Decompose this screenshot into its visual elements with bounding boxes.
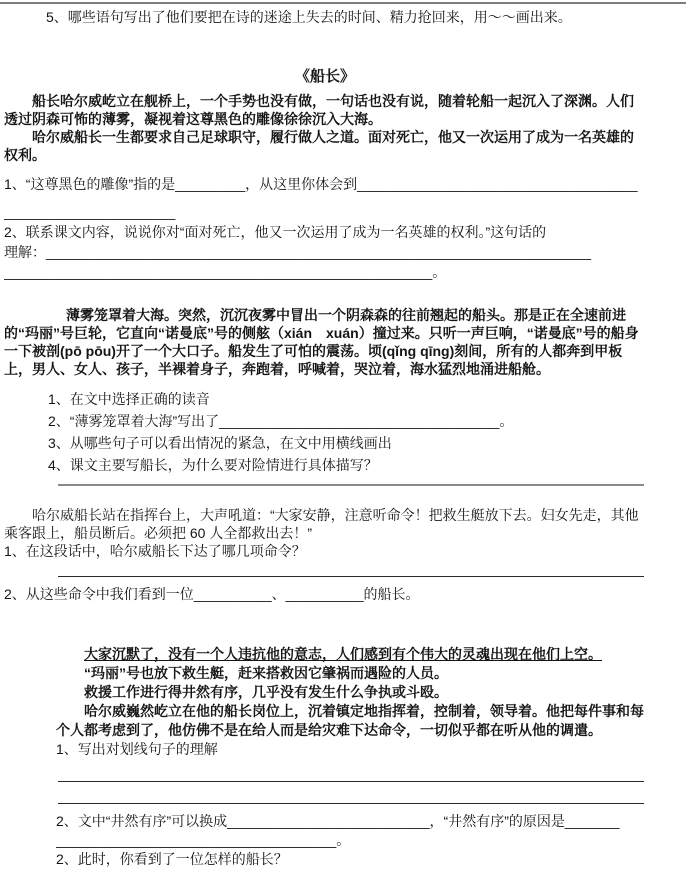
passage2-paragraph: 薄雾笼罩着大海。突然，沉沉夜雾中冒出一个阴森森的往前翘起的船头。那是正在全速前进… — [4, 306, 646, 378]
passage4-paragraph-1-underlined: 大家沉默了，没有一个人违抗他的意志，人们感到有个伟大的灵魂出现在他们上空。 — [56, 645, 646, 664]
passage1-question-2-line-1: 2、联系课文内容，说说你对“面对死亡，他又一次运用了成为一名英雄的权利。”这句话… — [4, 222, 646, 242]
passage-title: 《船长》 — [4, 68, 646, 86]
passage2-question-3: 3、从哪些句子可以看出情况的紧急，在文中用横线画出 — [4, 432, 646, 454]
passage3-question-1: 1、在这段话中，哈尔威船长下达了哪几项命令？ — [4, 542, 646, 560]
passage4-answer-line-2 — [58, 803, 644, 804]
passage4-question-2-line-1: 2、文中“井然有序”可以换成__________________________… — [56, 812, 646, 831]
passage4-paragraph-2: “玛丽”号也放下救生艇，赶来搭救因它肇祸而遇险的人员。 — [56, 664, 646, 683]
passage3-paragraph: 哈尔威船长站在指挥台上，大声吼道：“大家安静，注意听命令！把救生艇放下去。妇女先… — [4, 506, 646, 542]
passage4-answer-line-1 — [58, 781, 644, 782]
passage4-question-2-answer-line: ____________________________________。 — [56, 831, 646, 850]
passage3-answer-line — [58, 576, 644, 577]
prev-section-question-5: 5、哪些语句写出了他们要把在诗的迷途上失去的时间、精力抢回来，用～～画出来。 — [4, 8, 646, 26]
passage1-paragraph-1: 船长哈尔威屹立在舰桥上，一个手势也没有做，一句话也没有说，随着轮船一起沉入了深渊… — [4, 92, 646, 128]
passage4-paragraph-4: 哈尔威巍然屹立在他的船长岗位上，沉着镇定地指挥着，控制着，领导着。他把每件事和每… — [56, 702, 646, 740]
passage4-question-1: 1、写出对划线句子的理解 — [56, 740, 646, 759]
passage3-question-2: 2、从这些命令中我们看到一位__________、__________的船长。 — [4, 585, 646, 603]
document-page: 5、哪些语句写出了他们要把在诗的迷途上失去的时间、精力抢回来，用～～画出来。 《… — [0, 0, 686, 883]
passage1-question-1-answer-line: ______________________ — [4, 202, 646, 222]
passage4-paragraph-3: 救援工作进行得井然有序，几乎没有发生什么争执或斗殴。 — [56, 683, 646, 702]
passage4-block: 大家沉默了，没有一个人违抗他的意志，人们感到有个伟大的灵魂出现在他们上空。 “玛… — [56, 645, 646, 883]
passage2-question-4: 4、课文主要写船长，为什么要对险情进行具体描写？ — [4, 454, 646, 476]
passage2-question-1: 1、在文中选择正确的读音 — [4, 388, 646, 410]
top-divider — [0, 2, 686, 4]
passage1-paragraph-2: 哈尔威船长一生都要求自己足球职守，履行做人之道。面对死亡，他又一次运用了成为一名… — [4, 128, 646, 164]
section-divider — [58, 484, 644, 486]
passage1-question-2-answer-line-1: 理解：_____________________________________… — [4, 242, 646, 262]
passage2-question-list: 1、在文中选择正确的读音 2、“薄雾笼罩着大海”写出了_____________… — [4, 388, 646, 476]
passage1-question-1-line-1: 1、“这尊黑色的雕像”指的是_________，从这里你体会到_________… — [4, 174, 646, 194]
passage2-question-2: 2、“薄雾笼罩着大海”写出了__________________________… — [4, 410, 646, 432]
passage4-question-3: 2、此时，你看到了一位怎样的船长？ — [56, 850, 646, 869]
passage1-question-2-answer-line-2: ________________________________________… — [4, 262, 646, 282]
